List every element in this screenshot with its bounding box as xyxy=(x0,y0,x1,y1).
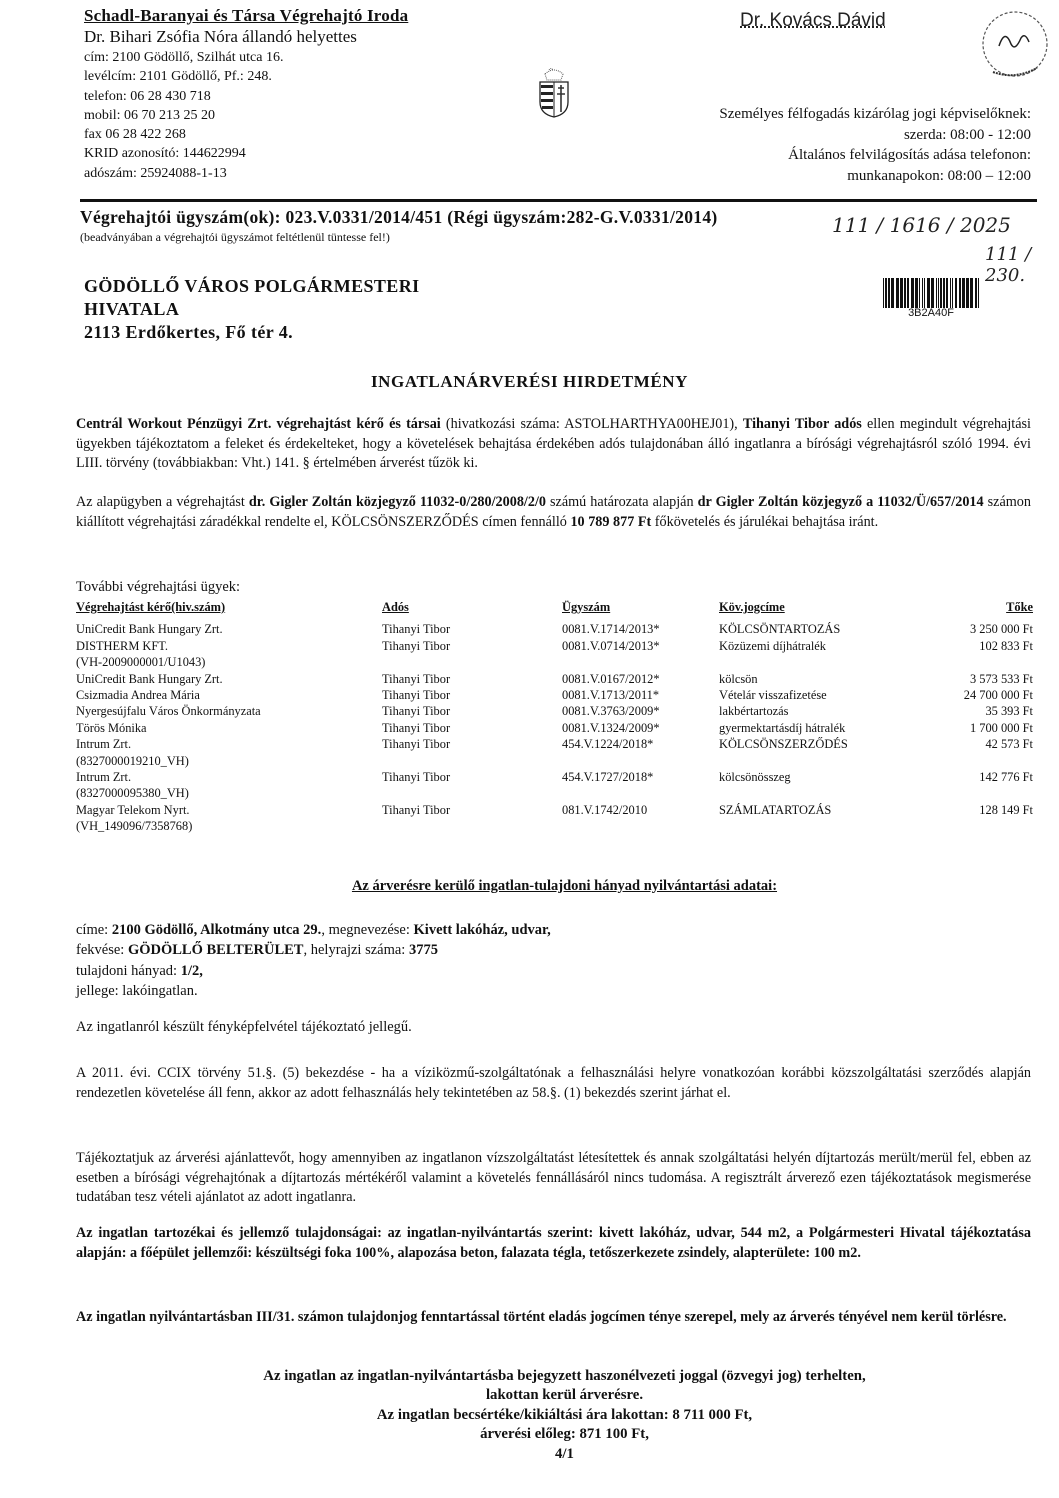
cell-case-number: 0081.V.0714/2013* xyxy=(562,638,719,671)
cell-case-number: 454.V.1727/2018* xyxy=(562,769,719,802)
table-row: Intrum Zrt.(8327000019210_VH)Tihanyi Tib… xyxy=(76,736,1033,769)
cell-principal: 1 700 000 Ft xyxy=(909,720,1033,736)
other-cases-label: További végrehajtási ügyek: xyxy=(76,579,240,596)
property-designation: Kivett lakóház, udvar, xyxy=(414,922,551,938)
table-row: Nyergesújfalu Város ÖnkormányzataTihanyi… xyxy=(76,703,1033,719)
col-debtor: Adós xyxy=(382,599,562,621)
cell-principal-value: 42 573 Ft xyxy=(909,736,1033,752)
issuer-block: Schadl-Baranyai és Társa Végrehajtó Irod… xyxy=(84,6,408,183)
issuer-postal: levélcím: 2101 Gödöllő, Pf.: 248. xyxy=(84,67,408,86)
issuer-address: cím: 2100 Gödöllő, Szilhát utca 16. xyxy=(84,48,408,67)
cell-case-number: 081.V.1742/2010 xyxy=(562,802,719,835)
notary-decision: dr. Gigler Zoltán közjegyző 11032-0/280/… xyxy=(249,494,546,510)
cell-principal-value: 35 393 Ft xyxy=(909,703,1033,719)
cell-principal-value: 102 833 Ft xyxy=(909,638,1033,654)
cell-creditor-value: Törös Mónika xyxy=(76,720,382,736)
case-number-note: (beadványában a végrehajtói ügyszámot fe… xyxy=(80,230,390,245)
cell-claim-title-value: KÖLCSÖNTARTOZÁS xyxy=(719,621,909,637)
label: jellege: xyxy=(76,983,122,999)
cell-claim-title-value: KÖLCSÖNSZERZŐDÉS xyxy=(719,736,909,752)
debtor-name: Tihanyi Tibor adós xyxy=(743,416,862,432)
encumbrance-line: Az ingatlan az ingatlan-nyilvántartásba … xyxy=(70,1367,1059,1386)
features-paragraph: Az ingatlan tartozékai és jellemző tulaj… xyxy=(76,1224,1031,1263)
property-details: címe: 2100 Gödöllő, Alkotmány utca 29., … xyxy=(76,920,551,1001)
property-address: 2100 Gödöllő, Alkotmány utca 29. xyxy=(112,922,321,938)
cell-case-number-value: 0081.V.1713/2011* xyxy=(562,687,719,703)
cell-principal: 42 573 Ft xyxy=(909,736,1033,769)
cell-claim-title-value: Vételár visszafizetése xyxy=(719,687,909,703)
office-hours-line: munkanapokon: 08:00 – 12:00 xyxy=(719,166,1031,187)
issuer-krid: KRID azonosító: 144622994 xyxy=(84,144,408,163)
cell-claim-title: lakbértartozás xyxy=(719,703,909,719)
cell-creditor-value: Csizmadia Andrea Mária xyxy=(76,687,382,703)
creditor-reference: (VH_149096/7358768) xyxy=(76,818,382,834)
water-info-paragraph: Tájékoztatjuk az árverési ajánlattevőt, … xyxy=(76,1149,1031,1208)
cell-creditor-value: UniCredit Bank Hungary Zrt. xyxy=(76,671,382,687)
label: fekvése: xyxy=(76,942,128,958)
cell-case-number-value: 0081.V.1714/2013* xyxy=(562,621,719,637)
creditor-reference: (8327000095380_VH) xyxy=(76,785,382,801)
cell-debtor: Tihanyi Tibor xyxy=(382,736,562,769)
basis-paragraph: Az alapügyben a végrehajtást dr. Gigler … xyxy=(76,493,1031,532)
cell-creditor: Magyar Telekom Nyrt.(VH_149096/7358768) xyxy=(76,802,382,835)
barcode-icon xyxy=(883,278,979,308)
property-address-line: címe: 2100 Gödöllő, Alkotmány utca 29., … xyxy=(76,920,551,940)
office-hours-line: szerda: 08:00 - 12:00 xyxy=(719,125,1031,146)
cell-debtor: Tihanyi Tibor xyxy=(382,802,562,835)
cell-debtor: Tihanyi Tibor xyxy=(382,621,562,637)
cell-principal: 128 149 Ft xyxy=(909,802,1033,835)
cell-debtor: Tihanyi Tibor xyxy=(382,703,562,719)
cell-creditor: Intrum Zrt.(8327000095380_VH) xyxy=(76,769,382,802)
cell-principal: 3 250 000 Ft xyxy=(909,621,1033,637)
issuer-phone: telefon: 06 28 430 718 xyxy=(84,87,408,106)
cell-creditor-value: UniCredit Bank Hungary Zrt. xyxy=(76,621,382,637)
cell-debtor-value: Tihanyi Tibor xyxy=(382,769,562,785)
label: , megnevezése: xyxy=(321,922,413,938)
cell-case-number-value: 454.V.1727/2018* xyxy=(562,769,719,785)
page-number: 4/1 xyxy=(70,1445,1059,1464)
barcode-label: 3B2A40F xyxy=(883,307,979,319)
issuer-tax-id: adószám: 25924088-1-13 xyxy=(84,164,408,183)
cell-case-number-value: 0081.V.0167/2012* xyxy=(562,671,719,687)
cell-claim-title-value: lakbértartozás xyxy=(719,703,909,719)
cell-creditor-value: DISTHERM KFT. xyxy=(76,638,382,654)
col-principal: Tőke xyxy=(909,599,1033,621)
cell-case-number: 0081.V.1714/2013* xyxy=(562,621,719,637)
office-hours-line: Személyes félfogadás kizárólag jogi képv… xyxy=(719,104,1031,125)
table-row: Törös MónikaTihanyi Tibor0081.V.1324/200… xyxy=(76,720,1033,736)
cell-creditor-value: Magyar Telekom Nyrt. xyxy=(76,802,382,818)
creditor-reference: (VH-2009000001/U1043) xyxy=(76,654,382,670)
cell-debtor-value: Tihanyi Tibor xyxy=(382,638,562,654)
document-title: INGATLANÁRVERÉSI HIRDETMÉNY xyxy=(0,372,1059,392)
cell-claim-title: Vételár visszafizetése xyxy=(719,687,909,703)
office-hours-line: Általános felvilágosítás adása telefonon… xyxy=(719,145,1031,166)
cell-creditor-value: Nyergesújfalu Város Önkormányzata xyxy=(76,703,382,719)
issuer-mobile: mobil: 06 70 213 25 20 xyxy=(84,106,408,125)
handwritten-registration: 111 / 1616 / 2025 xyxy=(832,212,1011,238)
cell-claim-title: kölcsön xyxy=(719,671,909,687)
table-row: UniCredit Bank Hungary Zrt.Tihanyi Tibor… xyxy=(76,621,1033,637)
cell-creditor: DISTHERM KFT.(VH-2009000001/U1043) xyxy=(76,638,382,671)
cell-claim-title-value: gyermektartásdíj hátralék xyxy=(719,720,909,736)
cell-claim-title-value: SZÁMLATARTOZÁS xyxy=(719,802,909,818)
cell-creditor: Intrum Zrt.(8327000019210_VH) xyxy=(76,736,382,769)
cell-claim-title-value: kölcsön xyxy=(719,671,909,687)
cell-claim-title-value: kölcsönösszeg xyxy=(719,769,909,785)
property-subtitle: Az árverésre kerülő ingatlan-tulajdoni h… xyxy=(0,878,1059,895)
reference-number: (hivatkozási száma: ASTOLHARTHYA00HEJ01)… xyxy=(441,416,743,432)
label: , helyrajzi száma: xyxy=(303,942,408,958)
starting-price: Az ingatlan becsértéke/kikiáltási ára la… xyxy=(70,1406,1059,1425)
occupancy-line: lakottan kerül árverésre. xyxy=(70,1386,1059,1405)
cell-creditor-value: Intrum Zrt. xyxy=(76,769,382,785)
deputy-name: Dr. Bihari Zsófia Nóra állandó helyettes xyxy=(84,26,408,48)
case-number: Végrehajtói ügyszám(ok): 023.V.0331/2014… xyxy=(80,207,718,228)
cell-claim-title: KÖLCSÖNSZERZŐDÉS xyxy=(719,736,909,769)
intro-paragraph: Centrál Workout Pénzügyi Zrt. végrehajtá… xyxy=(76,415,1031,474)
cell-creditor: Törös Mónika xyxy=(76,720,382,736)
label: címe: xyxy=(76,922,112,938)
property-type: lakóingatlan. xyxy=(122,983,197,999)
addressee-address: 2113 Erdőkertes, Fő tér 4. xyxy=(84,321,420,344)
cell-case-number: 454.V.1224/2018* xyxy=(562,736,719,769)
cell-case-number-value: 0081.V.1324/2009* xyxy=(562,720,719,736)
cell-debtor-value: Tihanyi Tibor xyxy=(382,687,562,703)
cell-debtor: Tihanyi Tibor xyxy=(382,687,562,703)
creditor-reference: (8327000019210_VH) xyxy=(76,753,382,769)
handwritten-registration-2: 111 / 230. xyxy=(985,244,1059,286)
issuer-fax: fax 06 28 422 268 xyxy=(84,125,408,144)
coat-of-arms-icon xyxy=(537,68,571,118)
property-type-line: jellege: lakóingatlan. xyxy=(76,981,551,1001)
cell-claim-title-value: Közüzemi díjhátralék xyxy=(719,638,909,654)
signer-name: Dr. Kovács Dávid xyxy=(740,10,886,32)
registry-paragraph: Az ingatlan nyilvántartásban III/31. szá… xyxy=(76,1308,1031,1328)
official-stamp-icon xyxy=(975,8,1049,88)
cell-debtor: Tihanyi Tibor xyxy=(382,720,562,736)
table-row: UniCredit Bank Hungary Zrt.Tihanyi Tibor… xyxy=(76,671,1033,687)
cell-case-number-value: 454.V.1224/2018* xyxy=(562,736,719,752)
cell-case-number: 0081.V.1713/2011* xyxy=(562,687,719,703)
table-row: DISTHERM KFT.(VH-2009000001/U1043)Tihany… xyxy=(76,638,1033,671)
cell-principal: 142 776 Ft xyxy=(909,769,1033,802)
cell-debtor: Tihanyi Tibor xyxy=(382,638,562,671)
enforcement-clause: dr Gigler Zoltán közjegyző a 11032/Ü/657… xyxy=(698,494,984,510)
water-law-paragraph: A 2011. évi. CCIX törvény 51.§. (5) beke… xyxy=(76,1064,1031,1103)
cell-creditor: UniCredit Bank Hungary Zrt. xyxy=(76,671,382,687)
cell-case-number-value: 081.V.1742/2010 xyxy=(562,802,719,818)
cell-case-number-value: 0081.V.0714/2013* xyxy=(562,638,719,654)
header-divider xyxy=(80,199,1037,202)
cell-creditor: Nyergesújfalu Város Önkormányzata xyxy=(76,703,382,719)
basis-text: főkövetelés és járulékai behajtása iránt… xyxy=(651,514,878,530)
lot-number: 3775 xyxy=(409,942,438,958)
cell-principal: 35 393 Ft xyxy=(909,703,1033,719)
other-cases-table: Végrehajtást kérő(hiv.szám) Adós Ügyszám… xyxy=(76,599,1033,835)
cell-principal-value: 3 250 000 Ft xyxy=(909,621,1033,637)
cell-principal-value: 1 700 000 Ft xyxy=(909,720,1033,736)
cell-debtor-value: Tihanyi Tibor xyxy=(382,621,562,637)
cell-claim-title: Közüzemi díjhátralék xyxy=(719,638,909,671)
cell-debtor-value: Tihanyi Tibor xyxy=(382,736,562,752)
office-name: Schadl-Baranyai és Társa Végrehajtó Irod… xyxy=(84,6,408,26)
col-creditor: Végrehajtást kérő(hiv.szám) xyxy=(76,599,382,621)
cell-principal-value: 128 149 Ft xyxy=(909,802,1033,818)
office-hours: Személyes félfogadás kizárólag jogi képv… xyxy=(719,104,1031,186)
creditor-name: Centrál Workout Pénzügyi Zrt. végrehajtá… xyxy=(76,416,441,432)
cell-case-number: 0081.V.3763/2009* xyxy=(562,703,719,719)
cell-creditor: UniCredit Bank Hungary Zrt. xyxy=(76,621,382,637)
cell-principal-value: 24 700 000 Ft xyxy=(909,687,1033,703)
cell-creditor: Csizmadia Andrea Mária xyxy=(76,687,382,703)
cell-claim-title: KÖLCSÖNTARTOZÁS xyxy=(719,621,909,637)
cell-debtor: Tihanyi Tibor xyxy=(382,769,562,802)
property-location-line: fekvése: GÖDÖLLŐ BELTERÜLET, helyrajzi s… xyxy=(76,940,551,960)
table-row: Intrum Zrt.(8327000095380_VH)Tihanyi Tib… xyxy=(76,769,1033,802)
col-claim-title: Köv.jogcíme xyxy=(719,599,909,621)
col-case-number: Ügyszám xyxy=(562,599,719,621)
auction-summary: Az ingatlan az ingatlan-nyilvántartásba … xyxy=(0,1367,1059,1464)
ownership-share: 1/2, xyxy=(181,963,203,979)
cell-principal: 24 700 000 Ft xyxy=(909,687,1033,703)
cell-principal-value: 3 573 533 Ft xyxy=(909,671,1033,687)
property-location: GÖDÖLLŐ BELTERÜLET xyxy=(128,942,304,958)
auction-deposit: árverési előleg: 871 100 Ft, xyxy=(70,1425,1059,1444)
cell-claim-title: kölcsönösszeg xyxy=(719,769,909,802)
label: tulajdoni hányad: xyxy=(76,963,181,979)
cell-case-number: 0081.V.1324/2009* xyxy=(562,720,719,736)
cell-debtor-value: Tihanyi Tibor xyxy=(382,720,562,736)
principal-amount: 10 789 877 Ft xyxy=(570,514,651,530)
basis-text: Az alapügyben a végrehajtást xyxy=(76,494,249,510)
cell-debtor-value: Tihanyi Tibor xyxy=(382,703,562,719)
addressee-block: GÖDÖLLŐ VÁROS POLGÁRMESTERI HIVATALA 211… xyxy=(84,275,420,344)
cell-claim-title: SZÁMLATARTOZÁS xyxy=(719,802,909,835)
addressee-name: GÖDÖLLŐ VÁROS POLGÁRMESTERI xyxy=(84,275,420,298)
cell-principal: 102 833 Ft xyxy=(909,638,1033,671)
table-row: Magyar Telekom Nyrt.(VH_149096/7358768)T… xyxy=(76,802,1033,835)
cell-case-number-value: 0081.V.3763/2009* xyxy=(562,703,719,719)
basis-text: számú határozata alapján xyxy=(546,494,698,510)
property-share-line: tulajdoni hányad: 1/2, xyxy=(76,961,551,981)
cell-debtor: Tihanyi Tibor xyxy=(382,671,562,687)
cell-claim-title: gyermektartásdíj hátralék xyxy=(719,720,909,736)
cell-case-number: 0081.V.0167/2012* xyxy=(562,671,719,687)
addressee-name-cont: HIVATALA xyxy=(84,298,420,321)
cell-principal-value: 142 776 Ft xyxy=(909,769,1033,785)
cell-debtor-value: Tihanyi Tibor xyxy=(382,671,562,687)
cell-creditor-value: Intrum Zrt. xyxy=(76,736,382,752)
cell-debtor-value: Tihanyi Tibor xyxy=(382,802,562,818)
photo-note: Az ingatlanról készült fényképfelvétel t… xyxy=(76,1019,412,1036)
table-row: Csizmadia Andrea MáriaTihanyi Tibor0081.… xyxy=(76,687,1033,703)
cell-principal: 3 573 533 Ft xyxy=(909,671,1033,687)
